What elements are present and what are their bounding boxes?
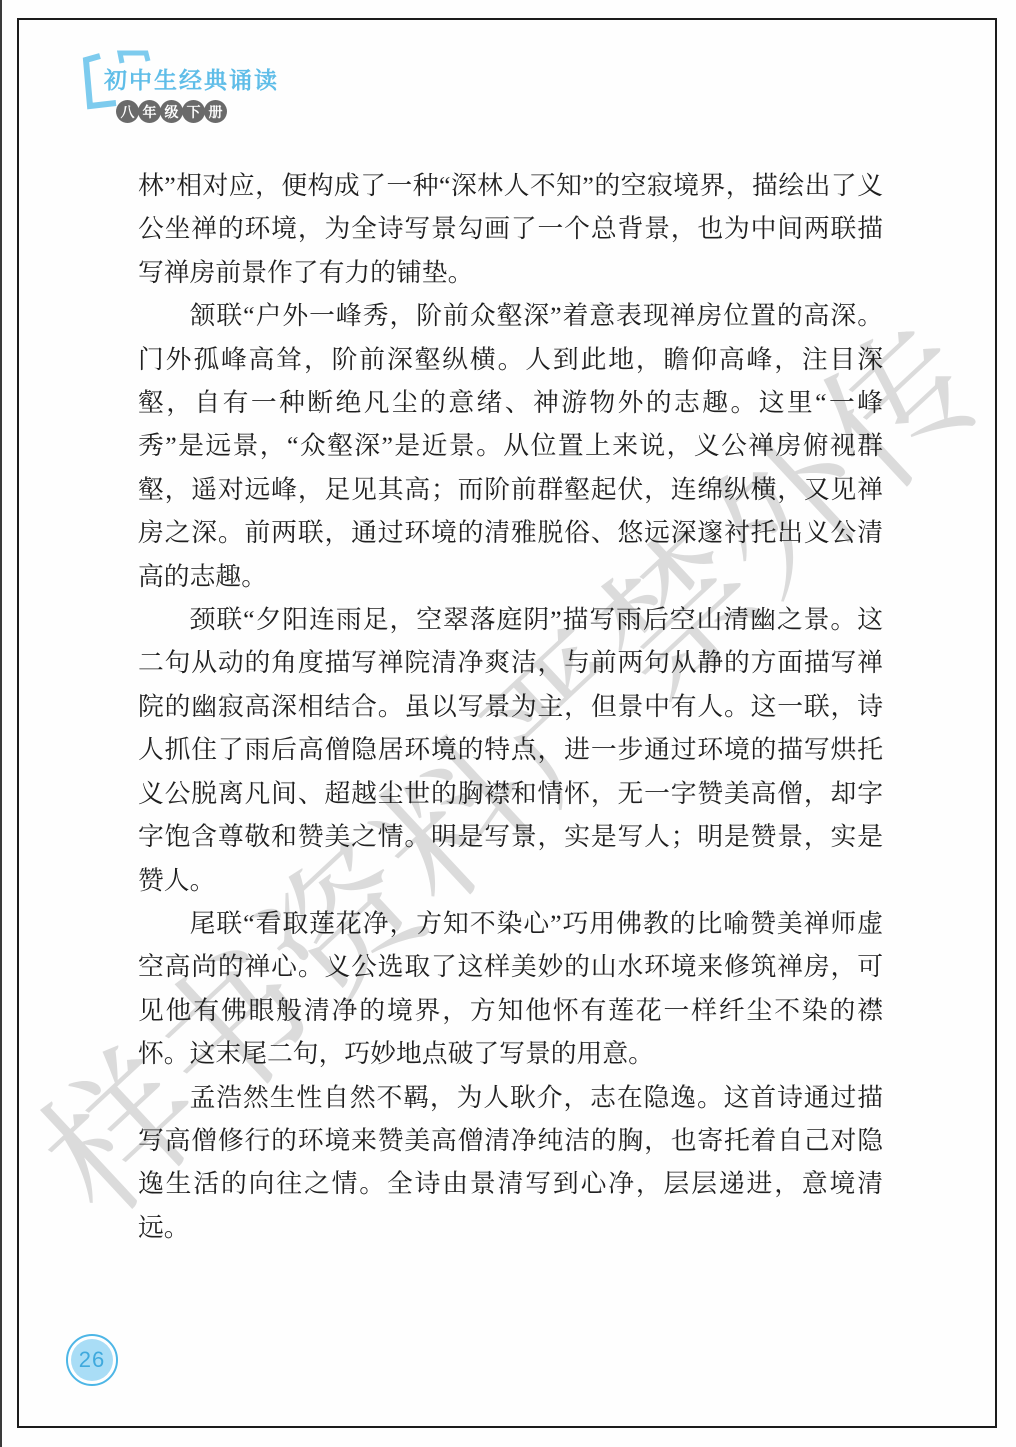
paragraph: 孟浩然生性自然不羁，为人耿介，志在隐逸。这首诗通过描写高僧修行的环境来赞美高僧清…: [138, 1076, 883, 1250]
page-number: 26: [71, 1339, 113, 1381]
paragraph: 颈联“夕阳连雨足，空翠落庭阴”描写雨后空山清幽之景。这二句从动的角度描写禅院清净…: [138, 598, 883, 902]
scan-edge-line: [0, 0, 2, 1447]
paragraph: 颔联“户外一峰秀，阶前众壑深”着意表现禅房位置的高深。门外孤峰高耸，阶前深壑纵横…: [138, 294, 883, 598]
header-logo: 初中生经典诵读 八 年 级 下 册: [80, 48, 279, 123]
page-number-badge: 26: [66, 1334, 118, 1386]
body-text-block: 林”相对应，便构成了一种“深林人不知”的空寂境界，描绘出了义公坐禅的环境，为全诗…: [138, 164, 883, 1249]
volume-badge-char: 下: [182, 100, 205, 123]
paragraph: 林”相对应，便构成了一种“深林人不知”的空寂境界，描绘出了义公坐禅的环境，为全诗…: [138, 164, 883, 294]
paragraph: 尾联“看取莲花净，方知不染心”巧用佛教的比喻赞美禅师虚空高尚的禅心。义公选取了这…: [138, 902, 883, 1076]
open-book-icon: [80, 50, 164, 114]
book-page: 样书资料严禁外传 初中生经典诵读 八 年 级 下 册 林”相对应，便构成了一种“…: [0, 0, 1016, 1447]
volume-badge-char: 册: [204, 100, 227, 123]
